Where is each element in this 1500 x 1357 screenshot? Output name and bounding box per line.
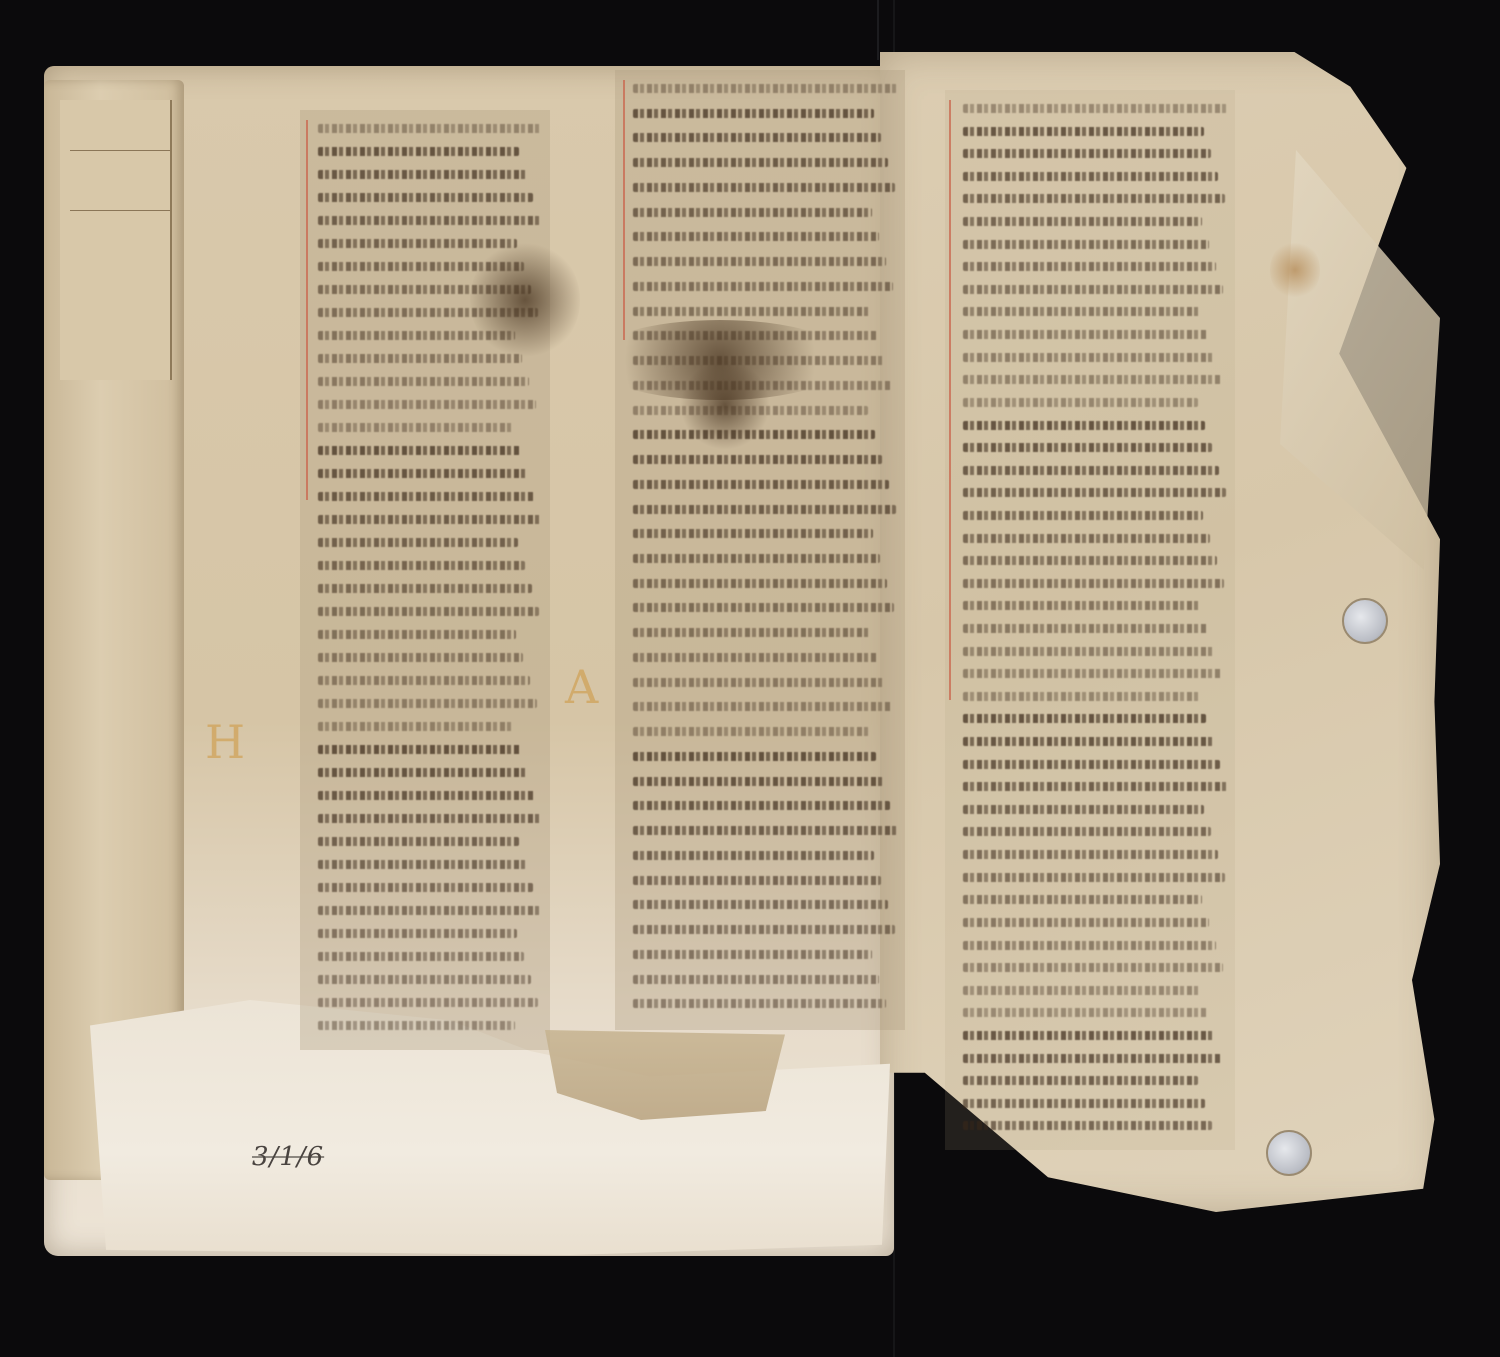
photo-seam-top (877, 0, 879, 60)
script-line (963, 353, 1214, 362)
script-line (633, 133, 881, 142)
script-line (318, 699, 537, 708)
script-line (963, 1031, 1214, 1040)
script-line (318, 837, 519, 846)
script-line (963, 737, 1213, 746)
script-line (318, 170, 526, 179)
script-line (633, 554, 880, 563)
script-line (633, 826, 897, 835)
script-line (963, 760, 1220, 769)
script-line (318, 492, 534, 501)
script-line (318, 1021, 515, 1030)
faded-initial: A (565, 660, 598, 714)
script-line (318, 147, 519, 156)
script-line (318, 239, 517, 248)
script-line (318, 515, 541, 524)
script-line (633, 975, 879, 984)
script-line (963, 127, 1204, 136)
red-ruling-line (306, 120, 308, 500)
script-line (633, 925, 895, 934)
script-line (318, 653, 523, 662)
script-line (318, 400, 536, 409)
script-line (318, 768, 528, 777)
script-line (318, 469, 527, 478)
script-line (318, 722, 514, 731)
script-line (318, 124, 542, 133)
script-line (633, 801, 890, 810)
script-line (633, 950, 872, 959)
script-line (963, 534, 1210, 543)
script-line (318, 377, 529, 386)
script-line (963, 986, 1200, 995)
script-line (633, 999, 886, 1008)
script-line (963, 149, 1211, 158)
script-line (633, 307, 870, 316)
ink-stain (680, 360, 770, 450)
script-line (318, 860, 526, 869)
script-line (963, 398, 1198, 407)
script-line (963, 172, 1218, 181)
script-line (963, 330, 1207, 339)
script-line (963, 782, 1227, 791)
script-line (963, 692, 1199, 701)
script-line (318, 929, 517, 938)
script-line (318, 676, 530, 685)
script-line (318, 193, 533, 202)
script-line (318, 883, 533, 892)
script-line (633, 702, 892, 711)
spine-label-strip (60, 100, 172, 380)
script-line (963, 963, 1223, 972)
script-line (318, 584, 532, 593)
script-line (318, 354, 522, 363)
metal-boss-icon (1266, 1130, 1312, 1176)
script-line (633, 876, 881, 885)
script-line (963, 262, 1216, 271)
script-line (963, 873, 1225, 882)
script-line (963, 556, 1217, 565)
script-line (633, 678, 885, 687)
script-line (963, 488, 1226, 497)
ink-stain (470, 240, 580, 360)
script-line (963, 669, 1222, 678)
script-line (963, 1008, 1207, 1017)
script-line (633, 257, 886, 266)
script-line (963, 104, 1227, 113)
script-line (963, 511, 1203, 520)
script-line (318, 607, 539, 616)
script-line (963, 624, 1208, 633)
script-line (633, 603, 894, 612)
script-line (963, 466, 1219, 475)
script-line (318, 216, 540, 225)
script-line (318, 998, 538, 1007)
script-line (633, 505, 896, 514)
script-line (633, 653, 878, 662)
red-ruling-line (949, 100, 951, 700)
spine-rule (70, 150, 170, 151)
script-line (963, 941, 1216, 950)
script-line (963, 240, 1209, 249)
script-line (963, 307, 1200, 316)
script-line (963, 579, 1224, 588)
script-line (633, 109, 874, 118)
script-line (633, 84, 897, 93)
script-line (633, 282, 893, 291)
script-line (963, 1076, 1198, 1085)
script-line (633, 529, 873, 538)
script-line (963, 1121, 1212, 1130)
script-line (633, 628, 871, 637)
script-line (963, 194, 1225, 203)
script-line (633, 232, 879, 241)
script-line (963, 285, 1223, 294)
script-line (633, 183, 895, 192)
right-text-column (945, 90, 1235, 1150)
pencil-shelfmark: 3/1/6 (252, 1142, 324, 1172)
script-line (633, 777, 883, 786)
script-line (633, 158, 888, 167)
script-line (963, 805, 1204, 814)
script-line (318, 561, 525, 570)
script-line (963, 647, 1215, 656)
script-line (318, 952, 524, 961)
script-line (318, 814, 542, 823)
script-line (963, 217, 1202, 226)
script-line (318, 630, 516, 639)
script-line (633, 579, 887, 588)
script-line (633, 480, 889, 489)
rust-stain (1270, 240, 1320, 300)
script-line (633, 851, 874, 860)
script-line (318, 446, 520, 455)
script-line (963, 714, 1206, 723)
script-line (318, 423, 513, 432)
script-line (963, 827, 1211, 836)
script-line (963, 421, 1205, 430)
script-line (633, 455, 882, 464)
script-line (963, 1099, 1205, 1108)
script-line (318, 538, 518, 547)
script-line (963, 895, 1202, 904)
script-line (318, 906, 540, 915)
script-line (963, 601, 1201, 610)
script-line (963, 375, 1221, 384)
red-ruling-line (623, 80, 625, 340)
script-line (318, 975, 531, 984)
faded-initial: H (205, 715, 245, 769)
spine-rule (70, 210, 170, 211)
script-line (963, 1054, 1221, 1063)
script-line (963, 918, 1209, 927)
middle-text-column (615, 70, 905, 1030)
script-line (633, 900, 888, 909)
script-line (633, 752, 876, 761)
metal-boss-icon (1342, 598, 1388, 644)
script-line (318, 745, 521, 754)
script-line (633, 727, 869, 736)
script-line (963, 443, 1212, 452)
script-line (318, 791, 535, 800)
script-line (963, 850, 1218, 859)
script-line (633, 208, 872, 217)
